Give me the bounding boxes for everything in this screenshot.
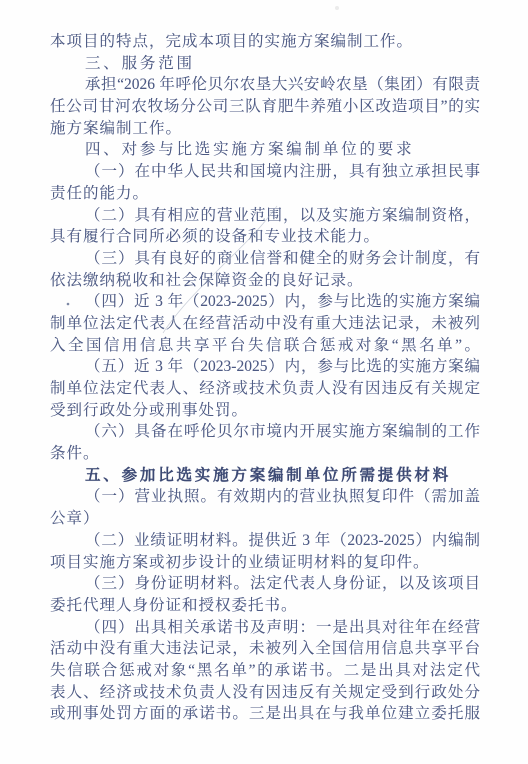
doc-line: 施方案编制工作。 [50, 118, 480, 140]
doc-line: （一）在中华人民共和国境内注册，具有独立承担民事 [50, 161, 480, 183]
doc-line: （二）业绩证明材料。提供近 3 年（2023-2025）内编制 [50, 530, 480, 552]
doc-line: 承担“2026 年呼伦贝尔农垦大兴安岭农垦（集团）有限责 [50, 74, 480, 96]
doc-line: 制单位法定代表人、经济或技术负责人没有因违反有关规定 [50, 378, 480, 400]
section-heading-materials: 五、参加比选实施方案编制单位所需提供材料 [50, 465, 480, 487]
doc-line: 责任的能力。 [50, 183, 480, 205]
doc-line: 条件。 [50, 443, 480, 465]
doc-line: 制单位法定代表人在经营活动中没有重大违法记录，未被列 [50, 313, 480, 335]
doc-line: 或刑事处罚方面的承诺书。三是出具在与我单位建立委托服 [50, 703, 480, 725]
scan-speck-artifact [335, 6, 339, 10]
doc-line: 依法缴纳税收和社会保障资金的良好记录。 [50, 270, 480, 292]
doc-line: 公章） [50, 508, 480, 530]
doc-line: 任公司甘河农牧场分公司三队育肥牛养殖小区改造项目”的实 [50, 96, 480, 118]
doc-line: 具有履行合同所必须的设备和专业技术能力。 [50, 226, 480, 248]
doc-line: （一）营业执照。有效期内的营业执照复印件（需加盖 [50, 486, 480, 508]
doc-line: （二）具有相应的营业范围，以及实施方案编制资格， [50, 205, 480, 227]
doc-line: （四）近 3 年（2023-2025）内，参与比选的实施方案编 [50, 291, 480, 313]
doc-line: 活动中没有重大违法记录，未被列入全国信用信息共享平台 [50, 638, 480, 660]
scanned-document-page: 本项目的特点，完成本项目的实施方案编制工作。 三、服务范围 承担“2026 年呼… [0, 0, 528, 764]
section-heading-service-scope: 三、服务范围 [50, 53, 480, 75]
doc-line: （五）近 3 年（2023-2025）内，参与比选的实施方案编 [50, 356, 480, 378]
doc-line: 表人、经济或技术负责人没有因违反有关规定受到行政处分 [50, 682, 480, 704]
doc-line: 失信联合惩戒对象“黑名单”的承诺书。二是出具对法定代 [50, 660, 480, 682]
doc-line: （三）身份证明材料。法定代表人身份证，以及该项目 [50, 573, 480, 595]
doc-line: 本项目的特点，完成本项目的实施方案编制工作。 [50, 31, 480, 53]
section-heading-requirements: 四、对参与比选实施方案编制单位的要求 [50, 139, 480, 161]
doc-line: （四）出具相关承诺书及声明：一是出具对往年在经营 [50, 617, 480, 639]
doc-line: （六）具备在呼伦贝尔市境内开展实施方案编制的工作 [50, 421, 480, 443]
doc-line: （三）具有良好的商业信誉和健全的财务会计制度，有 [50, 248, 480, 270]
doc-line: 项目实施方案或初步设计的业绩证明材料的复印件。 [50, 552, 480, 574]
doc-line: 受到行政处分或刑事处罚。 [50, 400, 480, 422]
doc-line: 入全国信用信息共享平台失信联合惩戒对象“黑名单”。 [50, 335, 480, 357]
document-body: 本项目的特点，完成本项目的实施方案编制工作。 三、服务范围 承担“2026 年呼… [50, 31, 480, 725]
doc-line: 委托代理人身份证和授权委托书。 [50, 595, 480, 617]
